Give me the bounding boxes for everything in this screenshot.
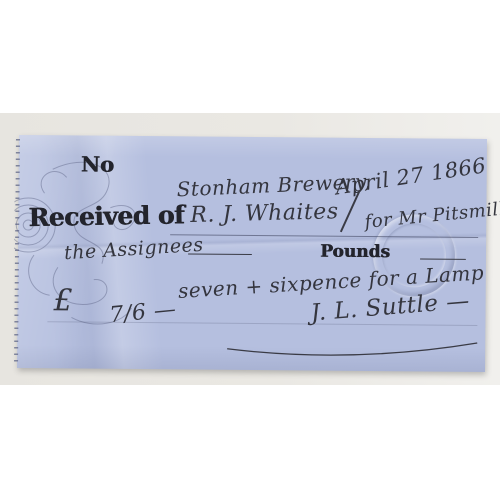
signature-flourish bbox=[225, 335, 479, 363]
pounds-label: Pounds bbox=[320, 242, 390, 263]
number-label: No bbox=[81, 152, 114, 177]
handwritten-signature: J. L. Suttle — bbox=[310, 288, 471, 326]
received-of-label: Received of bbox=[28, 200, 184, 232]
handwritten-currency-symbol: £ bbox=[53, 283, 73, 318]
receipt-paper: No Received of Pounds Stonham Brewery, A… bbox=[17, 135, 487, 372]
handwritten-received-from: R. J. Whaites bbox=[190, 199, 339, 228]
